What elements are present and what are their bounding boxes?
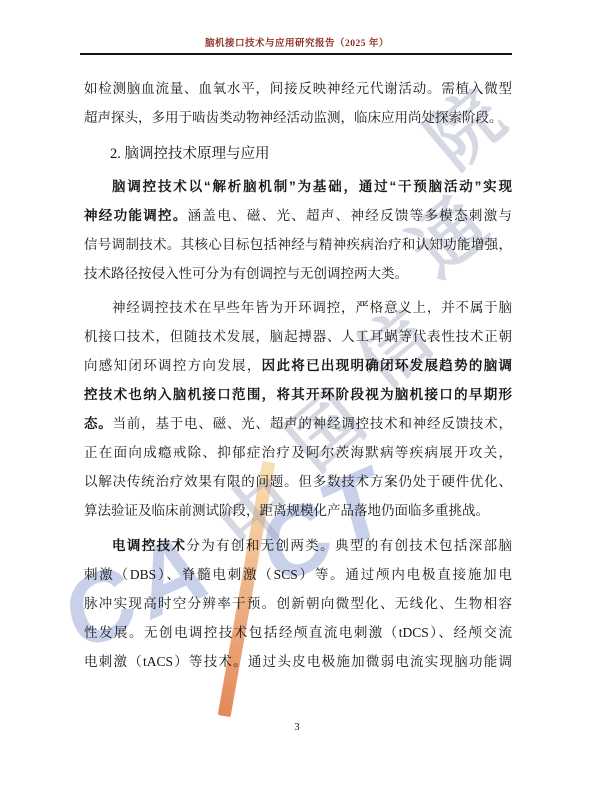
text-line: 脑调控技术以“解析脑机制”为基础，通过“干预脑活动”实现 <box>84 172 512 201</box>
text-run: 电刺激（tACS）等技术。通过头皮电极施加微弱电流实现脑功能调 <box>84 654 512 669</box>
text-line: 以解决传统治疗效果有限的问题。但多数技术方案仍处于硬件优化、 <box>84 467 512 496</box>
bold-text-run: 态。 <box>84 416 113 431</box>
text-line: 神经调控技术在早些年皆为开环调控，严格意义上，并不属于脑 <box>84 293 512 322</box>
report-header-title: 脑机接口技术与应用研究报告（2025 年） <box>0 38 594 51</box>
text-line: 如检测脑血流量、血氧水平，间接反映神经元代谢活动。需植入微型 <box>84 74 512 103</box>
text-run: 正在面向成瘾戒除、抑郁症治疗及阿尔茨海默病等疾病展开攻关， <box>84 445 512 460</box>
document-page: 脑机接口技术与应用研究报告（2025 年） CACT中国信通院 如检测脑血流量、… <box>0 0 594 806</box>
text-run: 向感知闭环调控方向发展， <box>84 358 262 373</box>
section-heading: 2. 脑调控技术原理与应用 <box>84 140 512 169</box>
bold-text-run: 电调控技术 <box>112 538 186 553</box>
bold-text-run: 因此将已出现明确闭环发展趋势的脑调 <box>262 358 512 373</box>
paragraph: 神经调控技术在早些年皆为开环调控，严格意义上，并不属于脑机接口技术，但随技术发展… <box>84 293 512 525</box>
text-run: 算法验证及临床前测试阶段，距离规模化产品落地仍面临多重挑战。 <box>84 503 489 518</box>
text-run: 当前，基于电、磁、光、超声的神经调控技术和神经反馈技术， <box>113 416 512 431</box>
text-run: 以解决传统治疗效果有限的问题。但多数技术方案仍处于硬件优化、 <box>84 474 512 489</box>
text-run: 神经调控技术在早些年皆为开环调控，严格意义上，并不属于脑 <box>112 300 512 315</box>
text-run: 刺激（DBS）、脊髓电刺激（SCS）等。通过颅内电极直接施加电 <box>84 567 512 582</box>
paragraph: 脑调控技术以“解析脑机制”为基础，通过“干预脑活动”实现神经功能调控。涵盖电、磁… <box>84 172 512 288</box>
text-line: 超声探头，多用于啮齿类动物神经活动监测，临床应用尚处探索阶段。 <box>84 103 512 132</box>
text-line: 向感知闭环调控方向发展，因此将已出现明确闭环发展趋势的脑调 <box>84 351 512 380</box>
text-run: 机接口技术，但随技术发展，脑起搏器、人工耳蜗等代表性技术正朝 <box>84 329 512 344</box>
text-line: 技术路径按侵入性可分为有创调控与无创调控两大类。 <box>84 259 512 288</box>
text-run: 超声探头，多用于啮齿类动物神经活动监测，临床应用尚处探索阶段。 <box>84 110 503 125</box>
text-line: 正在面向成瘾戒除、抑郁症治疗及阿尔茨海默病等疾病展开攻关， <box>84 438 512 467</box>
paragraph: 电调控技术分为有创和无创两类。典型的有创技术包括深部脑刺激（DBS）、脊髓电刺激… <box>84 531 512 676</box>
text-run: 技术路径按侵入性可分为有创调控与无创调控两大类。 <box>84 266 408 281</box>
text-line: 信号调制技术。其核心目标包括神经与精神疾病治疗和认知功能增强， <box>84 230 512 259</box>
text-line: 刺激（DBS）、脊髓电刺激（SCS）等。通过颅内电极直接施加电 <box>84 560 512 589</box>
header-rule <box>80 53 512 55</box>
text-line: 电调控技术分为有创和无创两类。典型的有创技术包括深部脑 <box>84 531 512 560</box>
text-run: 信号调制技术。其核心目标包括神经与精神疾病治疗和认知功能增强， <box>84 237 512 252</box>
text-line: 神经功能调控。涵盖电、磁、光、超声、神经反馈等多模态刺激与 <box>84 201 512 230</box>
text-line: 控技术也纳入脑机接口范围，将其开环阶段视为脑机接口的早期形 <box>84 380 512 409</box>
text-run: 性发展。无创电调控技术包括经颅直流电刺激（tDCS）、经颅交流 <box>84 625 512 640</box>
page-number: 3 <box>0 720 594 735</box>
text-run: 分为有创和无创两类。典型的有创技术包括深部脑 <box>186 538 512 553</box>
text-run: 如检测脑血流量、血氧水平，间接反映神经元代谢活动。需植入微型 <box>84 81 512 96</box>
text-run: 脉冲实现高时空分辨率干预。创新朝向微型化、无线化、生物相容 <box>84 596 512 611</box>
document-body: 如检测脑血流量、血氧水平，间接反映神经元代谢活动。需植入微型超声探头，多用于啮齿… <box>84 74 512 676</box>
text-line: 性发展。无创电调控技术包括经颅直流电刺激（tDCS）、经颅交流 <box>84 618 512 647</box>
text-line: 脉冲实现高时空分辨率干预。创新朝向微型化、无线化、生物相容 <box>84 589 512 618</box>
bold-text-run: 控技术也纳入脑机接口范围，将其开环阶段视为脑机接口的早期形 <box>84 387 512 402</box>
text-run: 涵盖电、磁、光、超声、神经反馈等多模态刺激与 <box>188 208 512 223</box>
bold-text-run: 神经功能调控。 <box>84 208 188 223</box>
paragraph: 如检测脑血流量、血氧水平，间接反映神经元代谢活动。需植入微型超声探头，多用于啮齿… <box>84 74 512 132</box>
text-line: 算法验证及临床前测试阶段，距离规模化产品落地仍面临多重挑战。 <box>84 496 512 525</box>
bold-text-run: 脑调控技术以“解析脑机制”为基础，通过“干预脑活动”实现 <box>112 179 512 194</box>
text-line: 机接口技术，但随技术发展，脑起搏器、人工耳蜗等代表性技术正朝 <box>84 322 512 351</box>
text-line: 态。当前，基于电、磁、光、超声的神经调控技术和神经反馈技术， <box>84 409 512 438</box>
text-line: 电刺激（tACS）等技术。通过头皮电极施加微弱电流实现脑功能调 <box>84 647 512 676</box>
